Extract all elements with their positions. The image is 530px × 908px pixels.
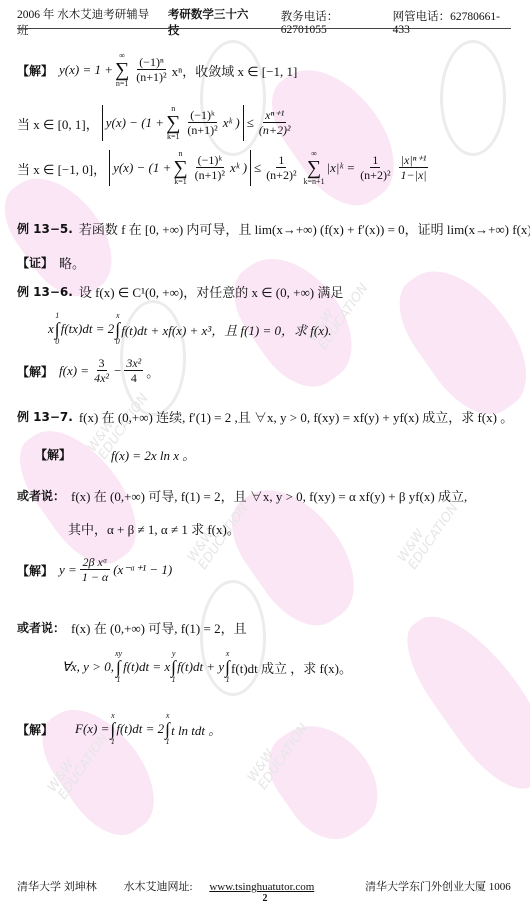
example-13-7: 例 13−7. f(x) 在 (0,+∞) 连续, f′(1) = 2 ,且 ∀… <box>17 407 513 426</box>
formula-text: f(t)dt 成立 ，求 f(x)。 <box>231 658 352 677</box>
watermark-blob <box>254 705 397 855</box>
formula-text: t ln tdt 。 <box>171 720 221 739</box>
abs-bar <box>250 150 251 186</box>
proof-text: 略。 <box>59 253 85 272</box>
integral-symbol: x ∫ 1 <box>110 712 115 746</box>
denominator: 1−|x| <box>399 168 429 183</box>
numerator: 3 <box>97 356 107 371</box>
fraction: (−1)ⁿ (n+1)² <box>134 55 168 85</box>
denominator: (n+1)² <box>185 123 219 138</box>
formula-text: y = <box>59 562 77 578</box>
example-13-6-equation: x 1 ∫ 0 f(tx)dt = 2 x ∫ 0 f(t)dt + xf(x)… <box>48 312 332 346</box>
fraction: |x|ⁿ⁺¹ 1−|x| <box>399 153 429 183</box>
formula-text: f(tx)dt = 2 <box>61 321 115 337</box>
denominator: (n+1)² <box>134 70 168 85</box>
proof-tag: 【证】 <box>17 254 53 271</box>
formula-text: f(t)dt = 2 <box>116 721 164 737</box>
header-class: 2006 年 水木艾迪考研辅导班 <box>17 6 156 38</box>
example-13-6: 例 13−6. 设 f(x) ∈ C¹(0, +∞)，对任意的 x ∈ (0, … <box>17 282 343 301</box>
formula-text: y(x) − (1 + <box>106 115 164 131</box>
integral-symbol: x ∫ 1 <box>165 712 170 746</box>
formula-text: f(t)dt + xf(x) + x³，且 f(1) = 0，求 f(x). <box>121 320 331 339</box>
int-lower: 0 <box>116 338 120 346</box>
page-header: 2006 年 水木艾迪考研辅导班 考研数学三十六技 教务电话：62701055 … <box>17 6 513 38</box>
or-tag: 或者说： <box>17 487 65 504</box>
header-course-title: 考研数学三十六技 <box>168 6 257 38</box>
solution-series: 【解】 y(x) = 1 + ∞ ∑ n=1 (−1)ⁿ (n+1)² xⁿ，收… <box>17 52 297 88</box>
sum-symbol: ∞ ∑ k=n+1 <box>304 150 325 186</box>
footer-site-label: 水木艾迪网址: <box>124 881 193 893</box>
header-admin-phone: 网管电话：62780661-433 <box>393 8 513 36</box>
denominator: 1 − α <box>80 570 110 585</box>
denominator: (n+1)² <box>193 168 227 183</box>
denominator: 4 <box>129 371 139 386</box>
alternative-2-equation: ∀x, y > 0, xy ∫ 1 f(t)dt = x y ∫ 1 f(t)d… <box>62 650 352 684</box>
numerator: 1 <box>276 153 286 168</box>
example-13-5: 例 13−5. 若函数 f 在 [0, +∞) 内可导，且 lim(x→+∞) … <box>17 219 530 238</box>
proof-line: 【证】 略。 <box>17 253 85 272</box>
watermark-text: W&W EDUCATION <box>396 494 461 572</box>
formula-text: |x|ᵏ = <box>327 160 356 176</box>
integral-symbol: 1 ∫ 0 <box>55 312 60 346</box>
sum-symbol: ∞ ∑ n=1 <box>115 52 129 88</box>
footer-url-link[interactable]: www.tsinghuatutor.com <box>209 881 314 893</box>
numerator: (−1)ᵏ <box>188 108 217 123</box>
or-tag: 或者说： <box>17 619 65 636</box>
formula-text: f(t)dt + y <box>177 659 224 675</box>
footer-address: 清华大学东门外创业大厦 1006 <box>365 881 511 893</box>
page-number: 2 <box>0 893 530 904</box>
sum-symbol: n ∑ k=1 <box>173 150 187 186</box>
formula-text: xᵏ ) <box>223 115 240 131</box>
fraction: 1 (n+2)² <box>358 153 392 183</box>
alternative-2: 或者说： f(x) 在 (0,+∞) 可导, f(1) = 2，且 <box>17 618 247 637</box>
numerator: xⁿ⁺¹ <box>263 108 286 123</box>
numerator: 1 <box>370 153 380 168</box>
int-lower: 1 <box>226 676 230 684</box>
sum-symbol: n ∑ k=1 <box>166 105 180 141</box>
watermark-blob <box>382 249 530 432</box>
example-text: 若函数 f 在 [0, +∞) 内可导，且 lim(x→+∞) (f(x) + … <box>79 219 530 238</box>
solution-13-7: 【解】 f(x) = 2x ln x 。 <box>35 445 195 464</box>
formula-text: (x⁻ᵅ⁺¹ − 1) <box>113 562 172 578</box>
example-text: 设 f(x) ∈ C¹(0, +∞)，对任意的 x ∈ (0, +∞) 满足 <box>79 282 343 301</box>
sum-lower: k=1 <box>167 133 180 141</box>
alternative-1-cont: 其中，α + β ≠ 1, α ≠ 1 求 f(x)。 <box>68 519 240 538</box>
int-lower: 1 <box>166 738 170 746</box>
solution-tag: 【解】 <box>17 721 53 738</box>
solution-tag: 【解】 <box>17 62 53 79</box>
formula-text: f(x) = 2x ln x 。 <box>111 445 195 464</box>
fraction: xⁿ⁺¹ (n+2)² <box>257 108 293 138</box>
int-lower: 1 <box>172 676 176 684</box>
solution-13-6: 【解】 f(x) = 3 4x² − 3x² 4 。 <box>17 356 159 386</box>
denominator: (n+2)² <box>264 168 298 183</box>
header-divider <box>17 28 511 29</box>
page-footer: 清华大学 刘坤林 水木艾迪网址: www.tsinghuatutor.com 清… <box>17 878 513 894</box>
formula-text: y(x) − (1 + <box>113 160 171 176</box>
example-label: 例 13−7. <box>17 408 73 425</box>
fraction: 3 4x² <box>92 356 111 386</box>
fraction: 2β xᵅ 1 − α <box>80 555 110 585</box>
watermark-blob <box>390 595 530 805</box>
numerator: 3x² <box>124 356 143 371</box>
example-label: 例 13−6. <box>17 283 73 300</box>
formula-text: F(x) = <box>75 721 109 737</box>
minus-sign: − <box>114 363 121 379</box>
watermark-ring <box>440 40 506 156</box>
abs-bar <box>109 150 110 186</box>
watermark-text: W&W EDUCATION <box>246 714 311 792</box>
solution-alt-2: 【解】 F(x) = x ∫ 1 f(t)dt = 2 x ∫ 1 t ln t… <box>17 712 221 746</box>
int-lower: 1 <box>111 738 115 746</box>
formula-text: f(x) = <box>59 363 89 379</box>
formula-text: f(t)dt = x <box>123 659 170 675</box>
condition-text: 当 x ∈ [0, 1]， <box>17 114 99 133</box>
alternative-1: 或者说： f(x) 在 (0,+∞) 可导, f(1) = 2，且 ∀x, y … <box>17 486 467 505</box>
fraction: (−1)ᵏ (n+1)² <box>185 108 219 138</box>
denominator: (n+2)² <box>358 168 392 183</box>
solution-tag: 【解】 <box>35 446 71 463</box>
abs-bar <box>102 105 103 141</box>
sum-lower: k=1 <box>174 178 187 186</box>
example-label: 例 13−5. <box>17 220 73 237</box>
numerator: (−1)ⁿ <box>137 55 166 70</box>
leq-sign: ≤ <box>247 115 254 131</box>
numerator: |x|ⁿ⁺¹ <box>399 153 429 168</box>
integral-symbol: x ∫ 0 <box>115 312 120 346</box>
case-negative: 当 x ∈ [−1, 0]， y(x) − (1 + n ∑ k=1 (−1)ᵏ… <box>17 150 432 186</box>
abs-bar <box>243 105 244 141</box>
alternative-text: f(x) 在 (0,+∞) 可导, f(1) = 2，且 ∀x, y > 0, … <box>71 486 467 505</box>
integral-symbol: x ∫ 1 <box>225 650 230 684</box>
alternative-text: f(x) 在 (0,+∞) 可导, f(1) = 2，且 <box>71 618 247 637</box>
header-office-phone: 教务电话：62701055 <box>281 8 381 36</box>
numerator: 2β xᵅ <box>80 555 109 570</box>
integral-symbol: xy ∫ 1 <box>115 650 122 684</box>
example-text: f(x) 在 (0,+∞) 连续, f′(1) = 2 ,且 ∀x, y > 0… <box>79 407 513 426</box>
fraction: 1 (n+2)² <box>264 153 298 183</box>
leq-sign: ≤ <box>254 160 261 176</box>
alternative-text: 其中，α + β ≠ 1, α ≠ 1 求 f(x)。 <box>68 519 240 538</box>
integral-symbol: y ∫ 1 <box>171 650 176 684</box>
fraction: (−1)ᵏ (n+1)² <box>193 153 227 183</box>
int-lower: 0 <box>55 338 59 346</box>
formula-text: x <box>48 321 54 337</box>
sum-lower: n=1 <box>116 80 129 88</box>
numerator: (−1)ᵏ <box>196 153 225 168</box>
condition-text: 当 x ∈ [−1, 0]， <box>17 159 106 178</box>
footer-author: 清华大学 刘坤林 <box>17 881 97 893</box>
formula-text: xᵏ ) <box>230 160 247 176</box>
fraction: 3x² 4 <box>124 356 143 386</box>
solution-tag: 【解】 <box>17 562 53 579</box>
case-positive: 当 x ∈ [0, 1]， y(x) − (1 + n ∑ k=1 (−1)ᵏ … <box>17 105 296 141</box>
solution-alt-1: 【解】 y = 2β xᵅ 1 − α (x⁻ᵅ⁺¹ − 1) <box>17 555 172 585</box>
denominator: (n+2)² <box>257 123 293 138</box>
sum-lower: k=n+1 <box>304 178 325 186</box>
formula-end: 。 <box>146 362 159 381</box>
formula-text: ∀x, y > 0, <box>62 659 114 675</box>
formula-text: xⁿ，收敛域 x ∈ [−1, 1] <box>172 61 298 80</box>
int-lower: 1 <box>117 676 121 684</box>
formula-text: y(x) = 1 + <box>59 62 113 78</box>
denominator: 4x² <box>92 371 111 386</box>
solution-tag: 【解】 <box>17 363 53 380</box>
